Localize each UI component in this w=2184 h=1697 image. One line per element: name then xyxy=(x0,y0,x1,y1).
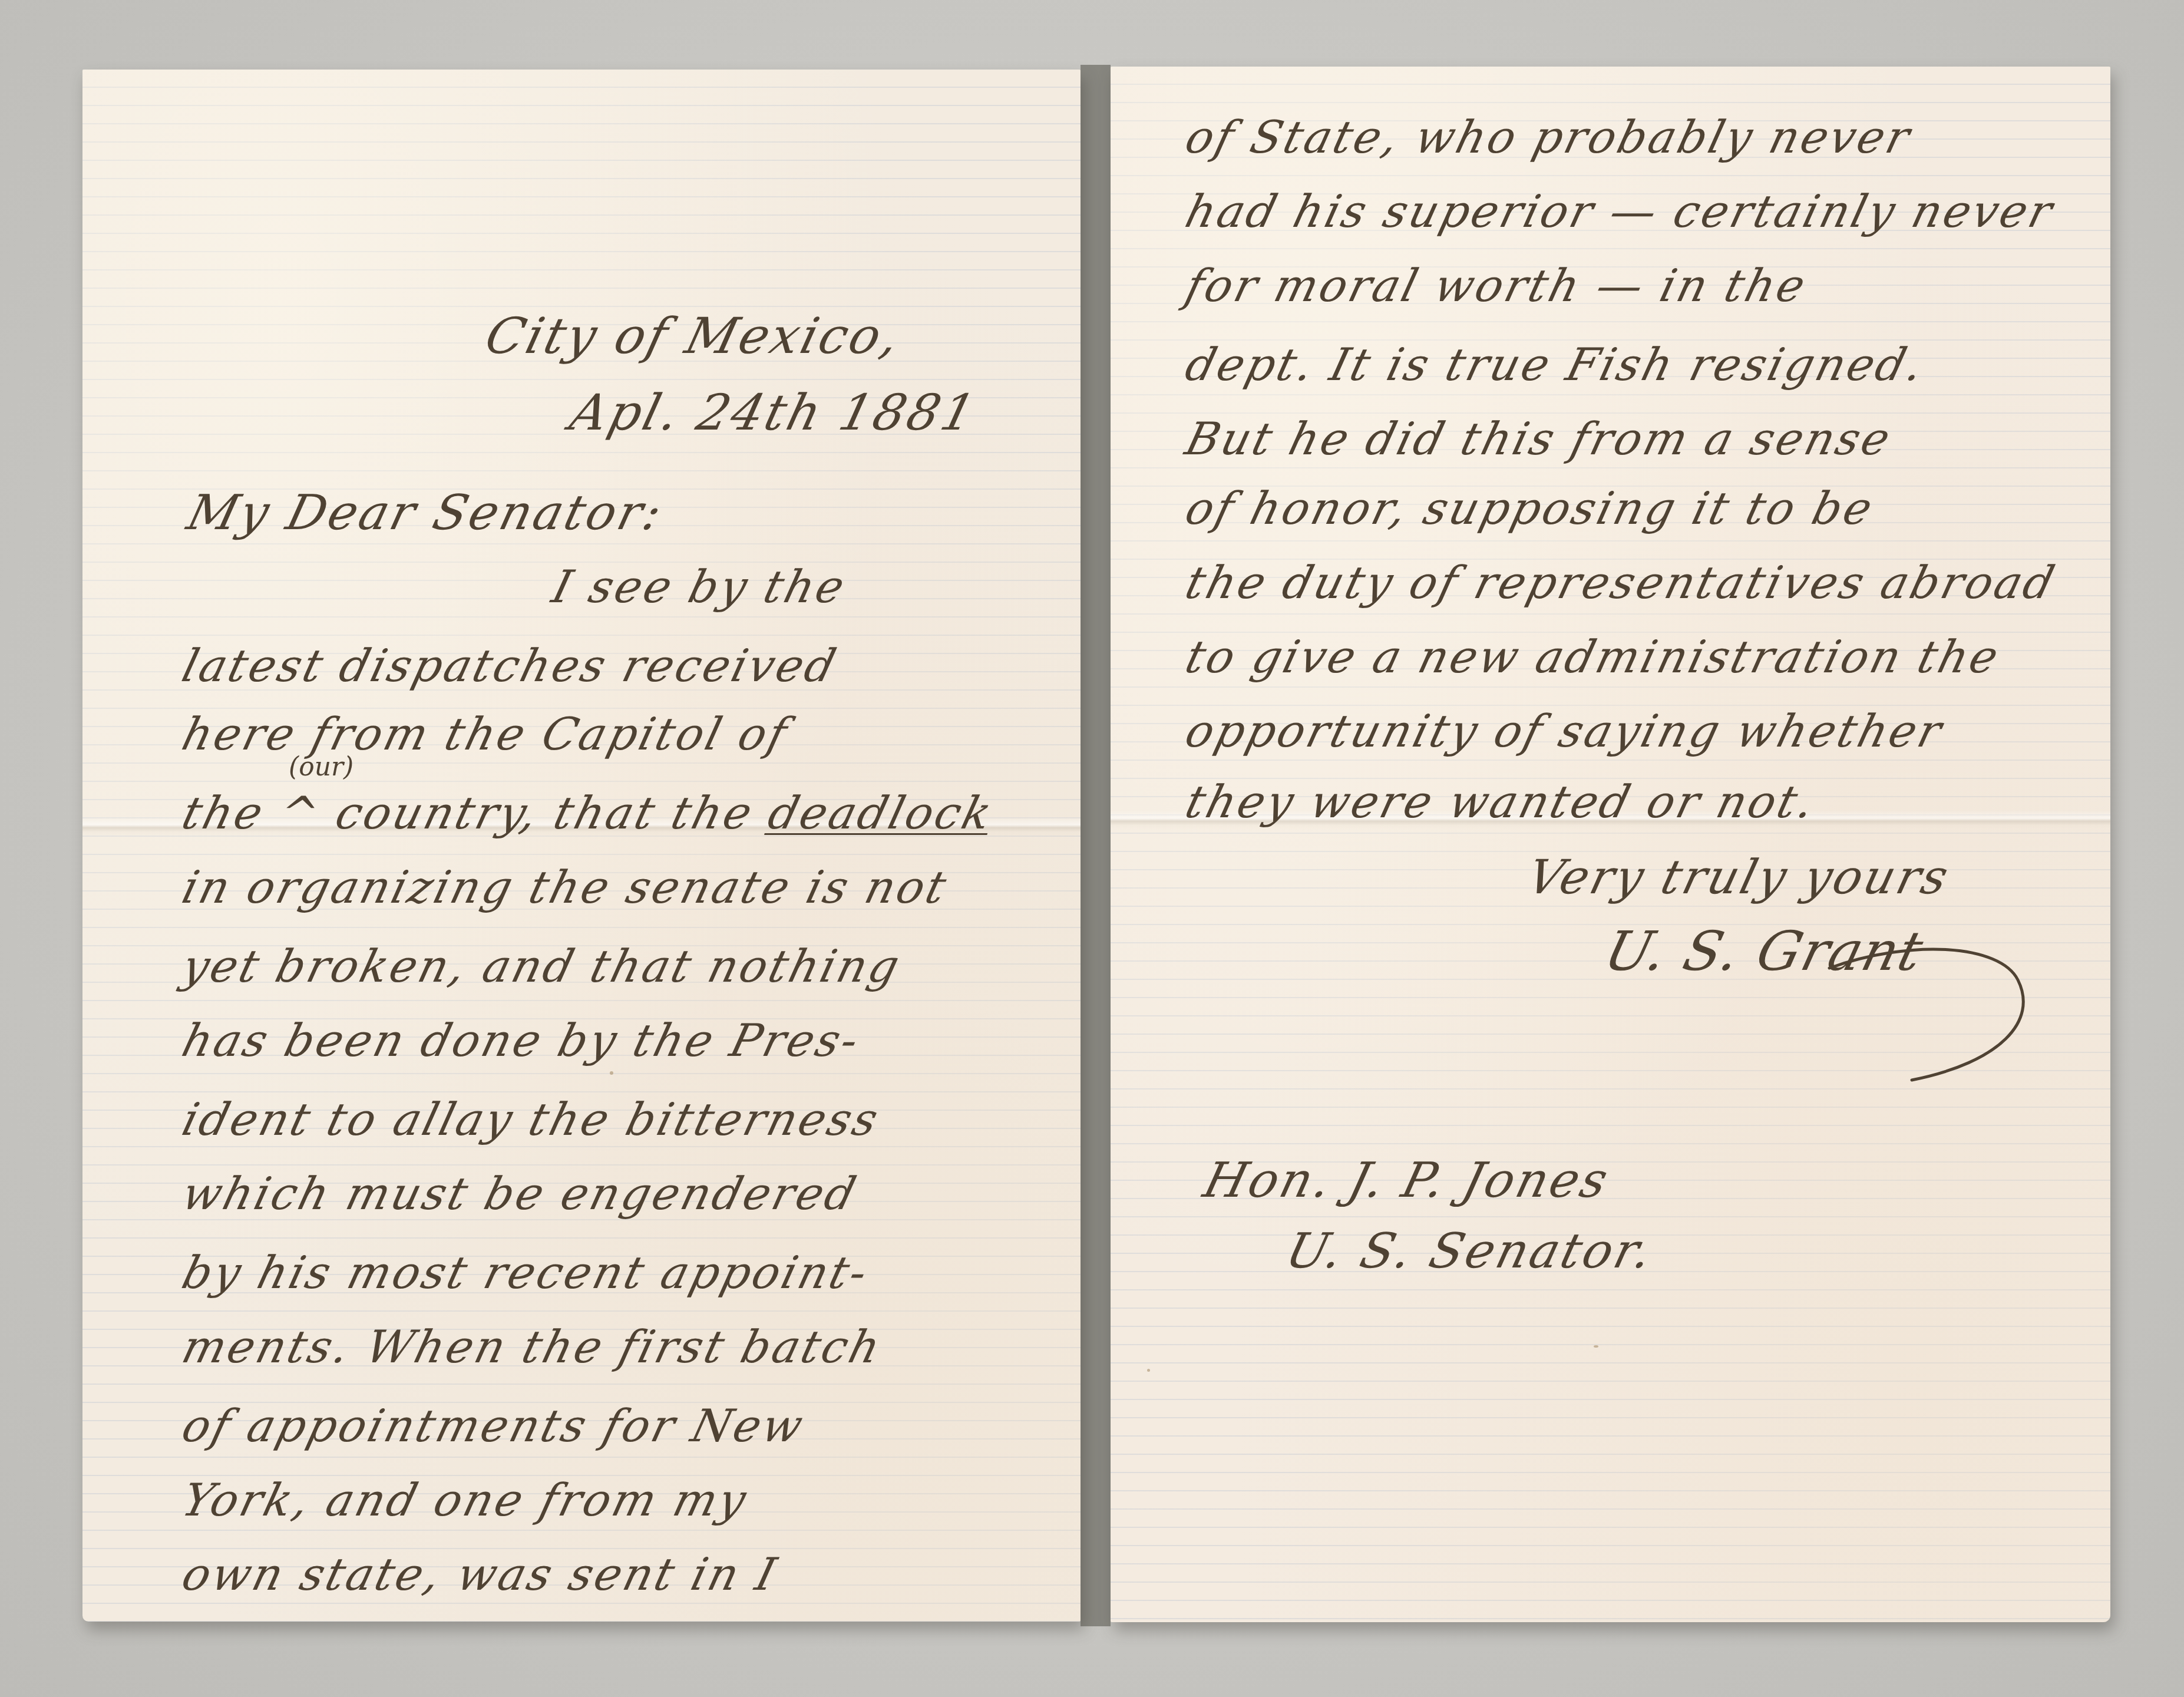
underlined-word-deadlock: deadlock xyxy=(763,787,999,839)
body-line: by his most recent appoint- xyxy=(178,1250,874,1295)
body-line-with-underline: the ^ country, that the deadlock xyxy=(178,791,998,836)
paper-speck xyxy=(1594,1345,1598,1348)
body-line: the duty of representatives abroad xyxy=(1181,560,2061,605)
salutation: My Dear Senator: xyxy=(183,489,669,537)
body-line: of honor, supposing it to be xyxy=(1181,486,1879,531)
body-line: latest dispatches received xyxy=(178,643,842,688)
signature-flourish xyxy=(1806,933,2053,1098)
addressee-title: U. S. Senator. xyxy=(1281,1227,1659,1276)
body-line-text: the ^ country, that the xyxy=(177,787,777,839)
paper-speck xyxy=(610,1071,613,1075)
paper-speck xyxy=(1147,1369,1150,1372)
letter-page-left: City of Mexico, Apl. 24th 1881 My Dear S… xyxy=(82,70,1081,1622)
body-line: I see by the xyxy=(548,564,851,609)
body-line: they were wanted or not. xyxy=(1181,780,1820,824)
page-gap-shadow xyxy=(1081,65,1111,1626)
body-line: yet broken, and that nothing xyxy=(178,944,906,989)
letter-page-right: of State, who probably never had his sup… xyxy=(1111,67,2110,1622)
body-line: in organizing the senate is not xyxy=(178,865,953,910)
body-line: opportunity of saying whether xyxy=(1181,709,1948,754)
body-line: ident to allay the bitterness xyxy=(178,1097,884,1142)
body-line: of State, who probably never xyxy=(1181,115,1917,160)
body-line: of appointments for New xyxy=(178,1404,809,1448)
body-line: York, and one from my xyxy=(178,1478,752,1523)
body-line: But he did this from a sense xyxy=(1181,417,1896,461)
body-line: ments. When the first batch xyxy=(178,1325,887,1369)
closing: Very truly yours xyxy=(1523,854,1955,901)
dateline-date: Apl. 24th 1881 xyxy=(566,388,982,437)
body-line: here from the Capitol of xyxy=(178,712,793,757)
body-line: own state, was sent in I xyxy=(178,1552,782,1597)
insertion-our: (our) xyxy=(289,752,353,782)
addressee-name: Hon. J. P. Jones xyxy=(1199,1157,1614,1205)
body-line: for moral worth — in the xyxy=(1181,263,1812,308)
body-line: had his superior — certainly never xyxy=(1181,189,2059,234)
body-line: dept. It is true Fish resigned. xyxy=(1181,342,1929,387)
dateline-place: City of Mexico, xyxy=(481,311,907,361)
body-line: to give a new administration the xyxy=(1181,635,2005,679)
body-line: has been done by the Pres- xyxy=(178,1018,865,1063)
body-line: which must be engendered xyxy=(178,1171,863,1216)
